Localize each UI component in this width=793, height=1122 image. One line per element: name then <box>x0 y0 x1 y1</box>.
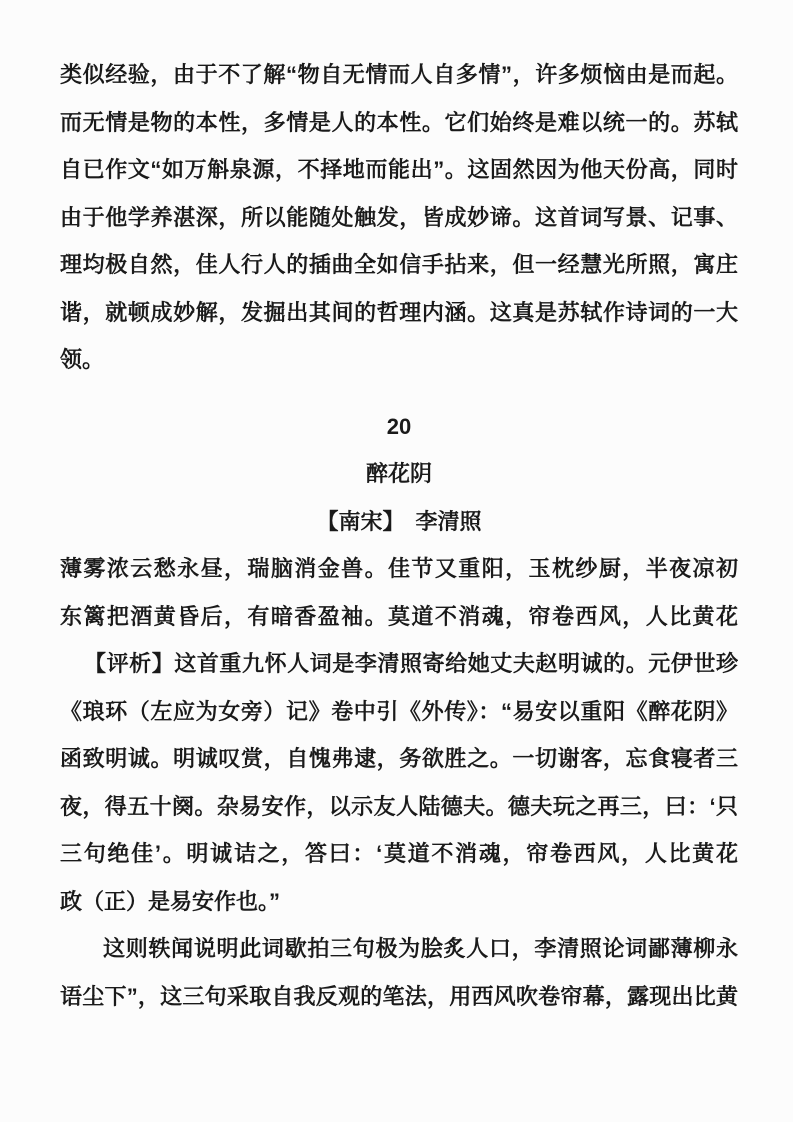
paragraph-closing: 这则轶闻说明此词歇拍三句极为脍炙人口，李清照论词鄙薄柳永“词 语尘下”，这三句采… <box>60 925 738 1020</box>
commentary-line: 自已作文“如万斛泉源，不择地而能出”。这固然因为他天份高，同时也 <box>60 146 738 194</box>
commentary-line: 理均极自然，佳人行人的插曲全如信手拈来，但一经慧光所照，寓庄于 <box>60 241 738 289</box>
analysis-line: 夜，得五十阕。杂易安作，以示友人陆德夫。德夫玩之再三，曰：‘只有 <box>60 783 738 831</box>
analysis-line: 函致明诚。明诚叹赏，自愧弗逮，务欲胜之。一切谢客，忘食寝者三日 <box>60 735 738 783</box>
commentary-line: 而无情是物的本性，多情是人的本性。它们始终是难以统一的。苏轼说 <box>60 99 738 147</box>
closing-line: 这则轶闻说明此词歇拍三句极为脍炙人口，李清照论词鄙薄柳永“词 <box>60 925 738 973</box>
poem-author: 【南宋】 李清照 <box>60 498 738 546</box>
analysis-line: 政（正）是易安作也。” <box>60 878 738 926</box>
paragraph-analysis: 【评析】这首重九怀人词是李清照寄给她丈夫赵明诚的。元伊世珍 《琅环（左应为女旁）… <box>60 640 738 925</box>
poem-line: 东篱把酒黄昏后，有暗香盈袖。莫道不消魂，帘卷西风，人比黄花瘦。 <box>60 593 738 641</box>
section-number: 20 <box>60 403 738 451</box>
poem-title: 醉花阴 <box>60 450 738 498</box>
page-content: 类似经验，由于不了解“物自无情而人自多情”，许多烦恼由是而起。然 而无情是物的本… <box>60 51 738 1020</box>
poem-text: 薄雾浓云愁永昼，瑞脑消金兽。佳节又重阳，玉枕纱厨，半夜凉初透。 东篱把酒黄昏后，… <box>60 545 738 640</box>
commentary-line: 谐，就顿成妙解，发掘出其间的哲理内涵。这真是苏轼作诗词的一大本 <box>60 289 738 337</box>
analysis-line: 《琅环（左应为女旁）记》卷中引《外传》：“易安以重阳《醉花阴》词 <box>60 688 738 736</box>
commentary-line: 类似经验，由于不了解“物自无情而人自多情”，许多烦恼由是而起。然 <box>60 51 738 99</box>
document-page: 类似经验，由于不了解“物自无情而人自多情”，许多烦恼由是而起。然 而无情是物的本… <box>0 0 793 1122</box>
paragraph-su-shi-commentary: 类似经验，由于不了解“物自无情而人自多情”，许多烦恼由是而起。然 而无情是物的本… <box>60 51 738 384</box>
analysis-line: 【评析】这首重九怀人词是李清照寄给她丈夫赵明诚的。元伊世珍 <box>60 640 738 688</box>
commentary-line: 由于他学养湛深，所以能随处触发，皆成妙谛。这首词写景、记事、说 <box>60 194 738 242</box>
commentary-line: 领。 <box>60 336 738 384</box>
analysis-line: 三句绝佳’。明诚诘之，答曰：‘莫道不消魂，帘卷西风，人比黄花瘦’。 <box>60 830 738 878</box>
closing-line: 语尘下”，这三句采取自我反观的笔法，用西风吹卷帘幕，露现出比黄花 <box>60 973 738 1021</box>
poem-line: 薄雾浓云愁永昼，瑞脑消金兽。佳节又重阳，玉枕纱厨，半夜凉初透。 <box>60 545 738 593</box>
